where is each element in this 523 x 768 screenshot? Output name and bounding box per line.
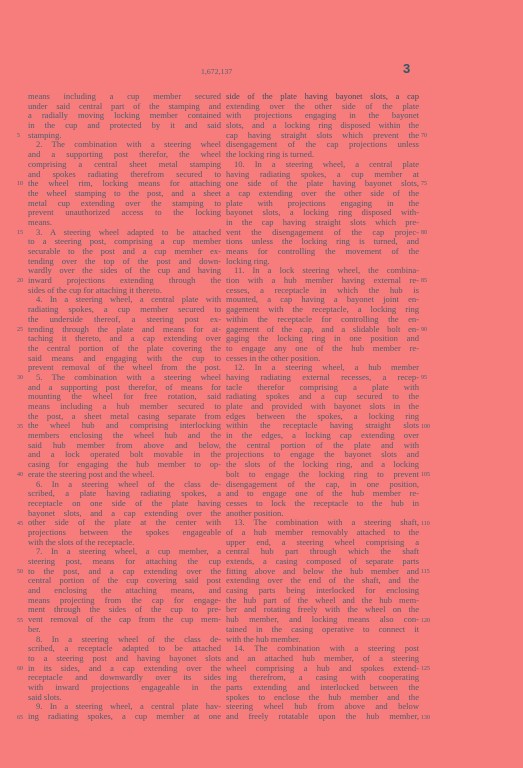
line-number: 30 <box>17 375 23 381</box>
line-number: 65 <box>17 715 23 721</box>
line-number: 75 <box>421 181 427 187</box>
line-number: 20 <box>17 278 23 284</box>
line-number: 60 <box>17 666 23 672</box>
text-line: and freely rotatable upon the hub member… <box>226 712 419 722</box>
text-line: ing radiating spokes, a cup member at on… <box>28 712 221 722</box>
line-number: 120 <box>421 618 430 624</box>
line-number: 50 <box>17 569 23 575</box>
line-number: 55 <box>17 618 23 624</box>
line-number: 130 <box>421 715 430 721</box>
page-number: 3 <box>403 61 410 76</box>
line-number: 95 <box>421 375 427 381</box>
line-number: 90 <box>421 327 427 333</box>
line-number: 115 <box>421 569 430 575</box>
line-number: 15 <box>17 230 23 236</box>
line-number: 80 <box>421 230 427 236</box>
line-number: 5 <box>17 133 20 139</box>
patent-page: 1,672,137 3 means including a cup member… <box>0 0 523 768</box>
line-number: 40 <box>17 472 23 478</box>
line-number: 35 <box>17 424 23 430</box>
left-text-column: means including a cup member securedunde… <box>28 92 221 722</box>
line-number: 70 <box>421 133 427 139</box>
text-line: vent removal of the cap from the cup mem… <box>28 615 221 625</box>
line-number: 10 <box>17 181 23 187</box>
line-number: 105 <box>421 472 430 478</box>
line-number: 125 <box>421 666 430 672</box>
text-line: prevent unauthorized access to the locki… <box>28 208 221 218</box>
patent-number: 1,672,137 <box>201 67 232 76</box>
line-number: 25 <box>17 327 23 333</box>
right-text-column: side of the plate having bayonet slots, … <box>226 92 419 722</box>
line-number: 110 <box>421 521 430 527</box>
line-number: 100 <box>421 424 430 430</box>
line-number: 85 <box>421 278 427 284</box>
line-number: 45 <box>17 521 23 527</box>
